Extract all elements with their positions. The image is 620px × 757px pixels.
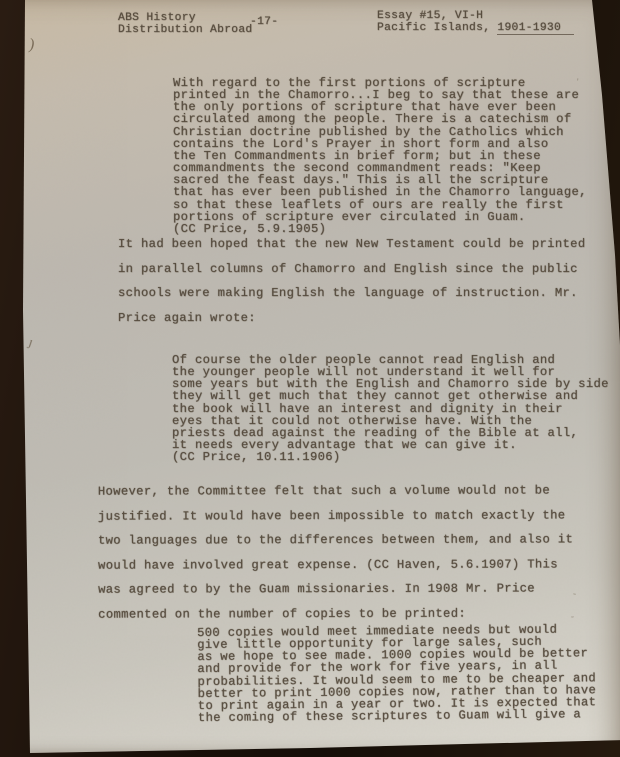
header-region-label: Pacific Islands, [377,22,497,34]
header-region-dates: Pacific Islands, 1901-1930 [377,23,574,35]
blockquote-price-1908: 500 copies would meet immediate needs bu… [197,623,596,724]
header-dates-underlined: 1901-1930 [497,22,574,35]
document-page: ABS History Distribution Abroad -17- Ess… [0,0,620,757]
text-line: would have involved great expense. (CC H… [98,552,573,578]
photo-background: ABS History Distribution Abroad -17- Ess… [0,0,620,757]
blockquote-price-1906: Of course the older people cannot read E… [172,354,609,463]
text-line: two languages due to the differences bet… [98,528,573,554]
text-line: Christian doctrine published by the Cath… [173,126,587,138]
paper-speck-top: ' [577,77,579,87]
header-section-title: Distribution Abroad [118,25,253,37]
header-left: ABS History Distribution Abroad [118,13,253,36]
page-number: -17- [250,17,278,29]
text-line: circulated among the people. There is a … [173,113,587,125]
text-line: (CC Price, 10.11.1906) [172,451,609,463]
text-line: was agreed to by the Guam missionaries. … [98,577,573,603]
text-line: so that these leaflets of ours are reall… [173,199,587,211]
text-line: that has ever been published in the Cham… [173,186,587,198]
text-line: the book will have an interest and digni… [172,403,609,415]
paper-speck-mid: ˷ [573,585,576,595]
body-paragraph-2: However, the Committee felt that such a … [98,478,574,627]
text-line: they will get much that they cannot get … [172,390,609,402]
pen-mark-paren: ) [29,36,34,54]
blockquote-price-1905: With regard to the first portions of scr… [173,77,587,235]
text-line: the coming of these scriptures to Guam w… [198,708,597,724]
text-line: It had been hoped that the new New Testa… [118,232,586,257]
text-line: Price again wrote: [118,306,586,331]
text-line: justified. It would have been impossible… [98,503,573,529]
text-line: schools were making English the language… [118,281,586,306]
text-line: in parallel columns of Chamorro and Engl… [118,257,586,282]
header-right: Essay #15, VI-H Pacific Islands, 1901-19… [377,11,574,34]
body-paragraph-1: It had been hoped that the new New Testa… [118,232,586,330]
text-line: However, the Committee felt that such a … [98,478,573,504]
typewritten-text-layer: ABS History Distribution Abroad -17- Ess… [0,0,620,757]
header-series-title: ABS History [118,13,253,25]
